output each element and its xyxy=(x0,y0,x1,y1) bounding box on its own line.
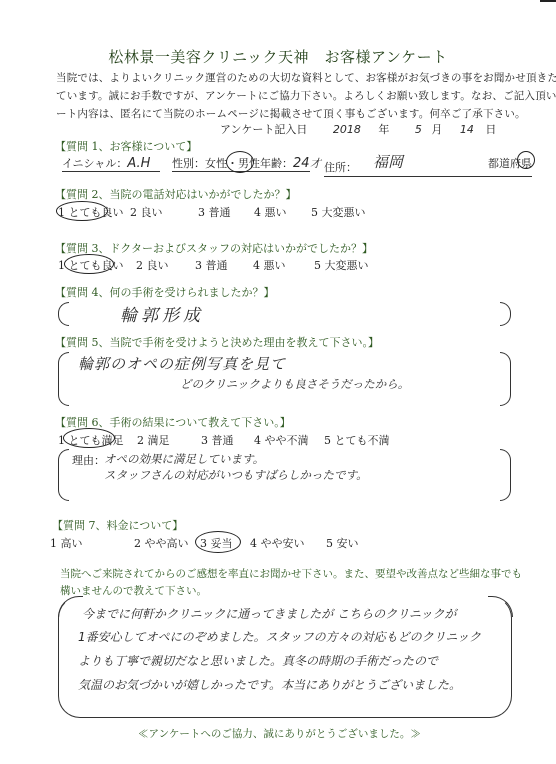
q3-option-5[interactable]: 5 大変悪い xyxy=(314,257,369,273)
q2-option-5[interactable]: 5 大変悪い xyxy=(311,204,366,220)
q7-selected-circle xyxy=(195,531,241,553)
q7-options: 1 高い 2 やや高い 3 妥当 4 やや安い 5 安い xyxy=(50,535,470,551)
initial-field[interactable]: イニシャル：A.H xyxy=(62,155,160,172)
age-unit: 才 xyxy=(310,155,321,171)
address-field[interactable]: 住所：福岡 都道府県 xyxy=(324,155,532,177)
impressions-answer-line-4: 気温のお気づかいが嬉しかったです。本当にありがとうございました。 xyxy=(78,676,461,693)
q7-option-5[interactable]: 5 安い xyxy=(326,535,359,551)
date-day-unit: 日 xyxy=(485,123,496,136)
impressions-box-top-left xyxy=(58,596,83,617)
q6-reason-line-1[interactable]: オペの効果に満足しています。 xyxy=(104,451,264,467)
survey-date: アンケート記入日 2018 年 5 月 14 日 xyxy=(220,121,496,137)
intro-line-3: ート内容は、匿名にて当院のホームページに掲載させて頂く事もございます。何卒ご了承… xyxy=(56,106,526,121)
q6-options: 1 とても満足 2 満足 3 普通 4 やや不満 5 とても不満 xyxy=(58,432,478,448)
age-field[interactable]: 年齢：24 xyxy=(260,155,310,172)
q6-bracket-left xyxy=(58,449,69,501)
impressions-answer-line-1: 今までに何軒かクリニックに通ってきましたが こちらのクリニックが xyxy=(82,605,456,622)
q6-bracket-right xyxy=(500,449,511,501)
q3-option-3[interactable]: 3 普通 xyxy=(195,257,228,273)
q7-heading: 【質問 7、料金について】 xyxy=(52,517,183,533)
q3-selected-circle xyxy=(64,254,114,274)
q2-options: 1 とても良い 2 良い 3 普通 4 悪い 5 大変悪い xyxy=(58,204,478,220)
q5-heading: 【質問 5、当院で手術を受けようと決めた理由を教えて下さい。】 xyxy=(55,334,379,350)
date-month-unit: 月 xyxy=(431,123,442,136)
date-year: 2018 xyxy=(333,123,361,136)
date-label: アンケート記入日 xyxy=(220,123,307,136)
q6-reason-line-2[interactable]: スタッフさんの対応がいつもすばらしかったです。 xyxy=(104,467,368,483)
q3-option-2[interactable]: 2 良い xyxy=(136,257,169,273)
gender-selected-circle xyxy=(226,151,254,173)
q6-option-3[interactable]: 3 普通 xyxy=(201,432,234,448)
q5-answer-line-1[interactable]: 輪郭のオペの症例写真を見て xyxy=(78,353,286,374)
impressions-answer-line-3: よりも丁寧で親切だなと思いました。真冬の時期の手術だったので xyxy=(78,652,438,669)
scan-artifact xyxy=(540,0,556,2)
date-year-unit: 年 xyxy=(378,123,389,136)
survey-title: 松林景一美容クリニック天神 お客様アンケート xyxy=(0,46,556,67)
q2-selected-circle xyxy=(56,201,108,221)
date-day: 14 xyxy=(460,123,474,136)
q3-option-4[interactable]: 4 悪い xyxy=(253,257,286,273)
q6-selected-circle xyxy=(63,428,115,448)
q6-reason-label: 理由： xyxy=(72,452,105,468)
q2-option-3[interactable]: 3 普通 xyxy=(198,204,231,220)
q4-bracket-right xyxy=(500,302,511,326)
impressions-prompt-line-1: 当院へご来院されてからのご感想を率直にお聞かせ下さい。また、要望や改善点など些細… xyxy=(60,566,522,581)
gender-female[interactable]: 女性 xyxy=(205,157,227,170)
address-value: 福岡 xyxy=(373,153,403,171)
q4-heading: 【質問 4、何の手術を受けられましたか？】 xyxy=(55,284,275,300)
intro-line-2: ています。誠にお手数ですが、アンケートにご協力下さい。よろしくお願い致します。な… xyxy=(56,88,556,103)
q6-option-2[interactable]: 2 満足 xyxy=(137,432,170,448)
q3-options: 1 とても良い 2 良い 3 普通 4 悪い 5 大変悪い xyxy=(58,257,478,273)
q5-bracket-left xyxy=(58,352,69,406)
age-value: 24 xyxy=(293,156,310,171)
q6-option-5[interactable]: 5 とても不満 xyxy=(324,432,390,448)
q2-option-4[interactable]: 4 悪い xyxy=(254,204,287,220)
q5-bracket-right xyxy=(500,352,511,406)
prefecture-selected-circle xyxy=(517,151,535,169)
q7-option-2[interactable]: 2 やや高い xyxy=(134,535,189,551)
q6-option-4[interactable]: 4 やや不満 xyxy=(254,432,309,448)
q7-option-4[interactable]: 4 やや安い xyxy=(250,535,305,551)
date-month: 5 xyxy=(415,123,422,136)
initial-value: A.H xyxy=(127,156,150,171)
q2-heading: 【質問 2、当院の電話対応はいかがでしたか？】 xyxy=(55,186,297,202)
q1-heading: 【質問 1、お客様について】 xyxy=(55,138,197,154)
footer-thanks: ≪アンケートへのご協力、誠にありがとうございました。≫ xyxy=(138,726,421,741)
impressions-box-top-right xyxy=(488,596,513,617)
q4-bracket-left xyxy=(58,302,69,326)
q2-option-2[interactable]: 2 良い xyxy=(130,204,163,220)
q5-answer-line-2[interactable]: どのクリニックよりも良さそうだったから。 xyxy=(180,376,409,392)
q3-heading: 【質問 3、ドクターおよびスタッフの対応はいかがでしたか？】 xyxy=(55,240,373,256)
q7-option-1[interactable]: 1 高い xyxy=(50,535,83,551)
q4-answer[interactable]: 輪郭形成 xyxy=(120,301,204,326)
impressions-answer-line-2: 1番安心してオペにのぞめました。スタッフの方々の対応もどのクリニック xyxy=(78,628,481,645)
intro-line-1: 当院では、よりよいクリニック運営のための大切な資料として、お客様がお気づきの事を… xyxy=(56,70,556,85)
q1-row: イニシャル：A.H 性別：女性・男性 年齢：24 才 住所：福岡 都道府県 xyxy=(62,155,532,173)
